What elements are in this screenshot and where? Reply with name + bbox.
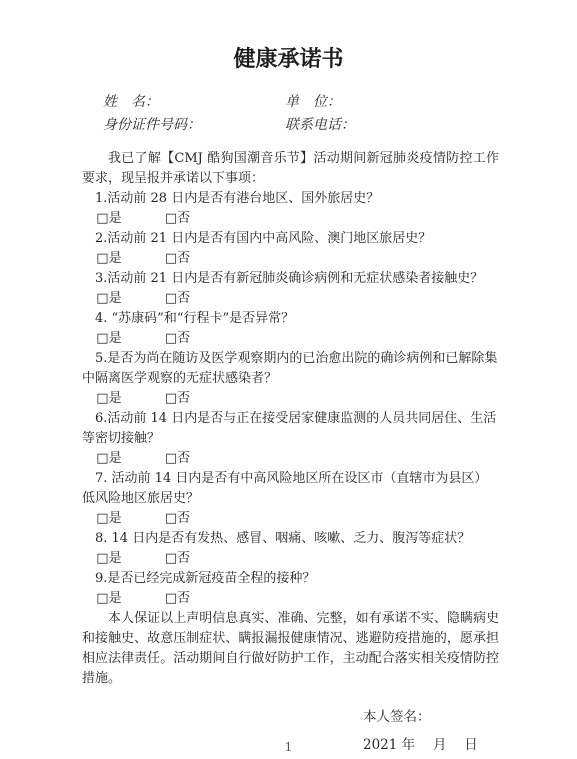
signature-blank[interactable]	[431, 707, 481, 721]
checkbox-yes-label: 是	[109, 551, 122, 566]
checkbox-row: □是 □否	[82, 329, 499, 349]
checkbox-no-label: 否	[177, 451, 190, 466]
phone-field: 联系电话：	[285, 114, 385, 137]
checkbox-yes-option[interactable]: □是	[89, 589, 121, 609]
checkbox-icon: □	[165, 511, 177, 526]
page-number: 1	[0, 740, 577, 754]
checkbox-icon: □	[96, 211, 108, 226]
checkbox-yes-option[interactable]: □是	[89, 549, 121, 569]
id-number-field: 身份证件号码：	[103, 114, 285, 137]
checkbox-no-label: 否	[177, 291, 190, 306]
checkbox-icon: □	[96, 591, 108, 606]
checkbox-icon: □	[96, 251, 108, 266]
signature-line: 本人签名：	[363, 703, 499, 731]
checkbox-icon: □	[96, 391, 108, 406]
checkbox-row: □是 □否	[82, 449, 499, 469]
phone-field-value[interactable]	[355, 114, 385, 137]
checkbox-no-label: 否	[177, 551, 190, 566]
checkbox-yes-option[interactable]: □是	[89, 289, 121, 309]
question-text: 4. “苏康码”和“行程卡”是否异常？	[82, 309, 499, 329]
checkbox-no-option[interactable]: □否	[158, 549, 190, 569]
question-text: 6.活动前 14 日内是否与正在接受居家健康监测的人员共同居住、生活等密切接触？	[82, 409, 499, 449]
checkbox-icon: □	[165, 391, 177, 406]
question-text: 1.活动前 28 日内是否有港台地区、国外旅居史？	[82, 189, 499, 209]
field-row-2: 身份证件号码： 联系电话：	[82, 114, 499, 137]
question-text: 3.活动前 21 日内是否有新冠肺炎确诊病例和无症状感染者接触史？	[82, 269, 499, 289]
question-block: 8. 14 日内是否有发热、感冒、咽痛、咳嗽、乏力、腹泻等症状？ □是 □否	[82, 529, 499, 569]
checkbox-no-option[interactable]: □否	[158, 589, 190, 609]
question-block: 2.活动前 21 日内是否有国内中高风险、澳门地区旅居史？ □是 □否	[82, 229, 499, 269]
checkbox-no-label: 否	[177, 511, 190, 526]
question-block: 4. “苏康码”和“行程卡”是否异常？ □是 □否	[82, 309, 499, 349]
checkbox-yes-option[interactable]: □是	[89, 249, 121, 269]
checkbox-yes-label: 是	[109, 391, 122, 406]
checkbox-yes-option[interactable]: □是	[89, 209, 121, 229]
checkbox-yes-option[interactable]: □是	[89, 509, 121, 529]
checkbox-icon: □	[165, 551, 177, 566]
checkbox-icon: □	[96, 551, 108, 566]
checkbox-row: □是 □否	[82, 589, 499, 609]
page-title: 健康承诺书	[0, 0, 577, 75]
checkbox-no-option[interactable]: □否	[158, 329, 190, 349]
question-text: 5.是否为尚在随访及医学观察期内的已治愈出院的确诊病例和已解除集中隔离医学观察的…	[82, 349, 499, 389]
checkbox-yes-label: 是	[109, 451, 122, 466]
checkbox-icon: □	[165, 451, 177, 466]
question-text: 2.活动前 21 日内是否有国内中高风险、澳门地区旅居史？	[82, 229, 499, 249]
checkbox-yes-label: 是	[109, 591, 122, 606]
field-row-1: 姓 名： 单 位：	[82, 91, 499, 114]
checkbox-icon: □	[96, 291, 108, 306]
checkbox-yes-option[interactable]: □是	[89, 329, 121, 349]
checkbox-no-label: 否	[177, 331, 190, 346]
question-block: 3.活动前 21 日内是否有新冠肺炎确诊病例和无症状感染者接触史？ □是 □否	[82, 269, 499, 309]
unit-field: 单 位：	[285, 91, 371, 114]
name-field: 姓 名：	[103, 91, 285, 114]
declaration-paragraph: 本人保证以上声明信息真实、准确、完整，如有承诺不实、隐瞒病史和接触史、故意压制症…	[82, 609, 499, 689]
question-text: 9.是否已经完成新冠疫苗全程的接种？	[82, 569, 499, 589]
checkbox-no-label: 否	[177, 591, 190, 606]
question-block: 6.活动前 14 日内是否与正在接受居家健康监测的人员共同居住、生活等密切接触？…	[82, 409, 499, 469]
checkbox-icon: □	[96, 331, 108, 346]
checkbox-icon: □	[96, 511, 108, 526]
header-fields: 姓 名： 单 位： 身份证件号码： 联系电话：	[82, 91, 499, 137]
phone-field-label: 联系电话：	[285, 114, 355, 137]
checkbox-no-label: 否	[177, 251, 190, 266]
checkbox-row: □是 □否	[82, 509, 499, 529]
questions-list: 1.活动前 28 日内是否有港台地区、国外旅居史？ □是 □否 2.活动前 21…	[82, 189, 499, 609]
checkbox-no-option[interactable]: □否	[158, 509, 190, 529]
question-text: 8. 14 日内是否有发热、感冒、咽痛、咳嗽、乏力、腹泻等症状？	[82, 529, 499, 549]
checkbox-no-option[interactable]: □否	[158, 449, 190, 469]
checkbox-no-label: 否	[177, 211, 190, 226]
checkbox-row: □是 □否	[82, 549, 499, 569]
question-text: 7. 活动前 14 日内是否有中高风险地区所在设区市（直辖市为县区）低风险地区旅…	[82, 469, 499, 509]
signature-label: 本人签名：	[363, 709, 431, 725]
checkbox-yes-option[interactable]: □是	[89, 389, 121, 409]
name-field-label: 姓 名：	[103, 91, 159, 114]
checkbox-icon: □	[165, 251, 177, 266]
question-block: 9.是否已经完成新冠疫苗全程的接种？ □是 □否	[82, 569, 499, 609]
checkbox-yes-label: 是	[109, 331, 122, 346]
checkbox-no-option[interactable]: □否	[158, 249, 190, 269]
id-number-field-value[interactable]	[201, 114, 285, 137]
checkbox-row: □是 □否	[82, 249, 499, 269]
name-field-value[interactable]	[159, 91, 285, 114]
question-block: 1.活动前 28 日内是否有港台地区、国外旅居史？ □是 □否	[82, 189, 499, 229]
checkbox-no-option[interactable]: □否	[158, 209, 190, 229]
question-block: 7. 活动前 14 日内是否有中高风险地区所在设区市（直辖市为县区）低风险地区旅…	[82, 469, 499, 529]
checkbox-no-label: 否	[177, 391, 190, 406]
checkbox-yes-label: 是	[109, 511, 122, 526]
checkbox-yes-label: 是	[109, 291, 122, 306]
checkbox-yes-option[interactable]: □是	[89, 449, 121, 469]
checkbox-icon: □	[165, 591, 177, 606]
checkbox-icon: □	[165, 211, 177, 226]
id-number-field-label: 身份证件号码：	[103, 114, 201, 137]
document-content: 姓 名： 单 位： 身份证件号码： 联系电话： 我	[0, 91, 577, 759]
checkbox-no-option[interactable]: □否	[158, 389, 190, 409]
document-page: 健康承诺书 姓 名： 单 位： 身份证件号码： 联系电话：	[0, 0, 577, 759]
checkbox-yes-label: 是	[109, 251, 122, 266]
checkbox-row: □是 □否	[82, 209, 499, 229]
intro-paragraph: 我已了解【CMJ 酷狗国潮音乐节】活动期间新冠肺炎疫情防控工作要求，现呈报并承诺…	[82, 149, 499, 189]
unit-field-label: 单 位：	[285, 91, 341, 114]
unit-field-value[interactable]	[341, 91, 371, 114]
checkbox-icon: □	[165, 331, 177, 346]
checkbox-icon: □	[96, 451, 108, 466]
checkbox-row: □是 □否	[82, 289, 499, 309]
checkbox-yes-label: 是	[109, 211, 122, 226]
checkbox-row: □是 □否	[82, 389, 499, 409]
checkbox-no-option[interactable]: □否	[158, 289, 190, 309]
question-block: 5.是否为尚在随访及医学观察期内的已治愈出院的确诊病例和已解除集中隔离医学观察的…	[82, 349, 499, 409]
document-body: 我已了解【CMJ 酷狗国潮音乐节】活动期间新冠肺炎疫情防控工作要求，现呈报并承诺…	[82, 149, 499, 689]
checkbox-icon: □	[165, 291, 177, 306]
